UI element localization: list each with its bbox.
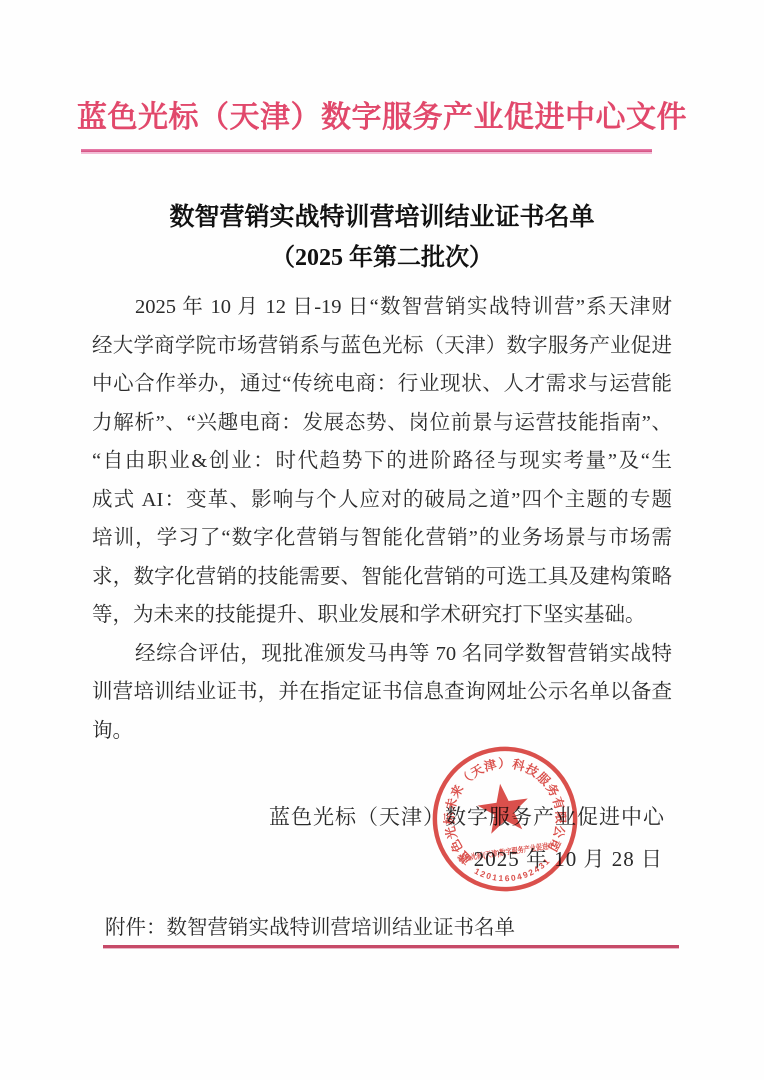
svg-text:1: 1 [498, 873, 504, 883]
body-line: 询。 [92, 712, 672, 751]
svg-text:津: 津 [482, 756, 499, 774]
body-line: 求，数字化营销的技能需要、智能化营销的可选工具及建构策略 [92, 558, 672, 597]
attachment-line: 附件：数智营销实战特训营培训结业证书名单 [105, 910, 515, 940]
svg-text:）: ） [498, 756, 511, 771]
svg-text:1: 1 [492, 872, 499, 883]
seal-star-icon [475, 780, 532, 835]
document-title: 数智营销实战特训营培训结业证书名单 [0, 197, 764, 233]
body-line: 中心合作举办，通过“传统电商：行业现状、人才需求与运营能 [92, 365, 672, 404]
body-line: “自由职业&创业：时代趋势下的进阶路径与现实考量”及“生 [92, 442, 672, 481]
svg-text:有: 有 [550, 795, 568, 812]
svg-text:6: 6 [505, 873, 510, 883]
document-body: 2025 年 10 月 12 日-19 日“数智营销实战特训营”系天津财经大学商… [92, 288, 672, 750]
body-line: 等，为未来的技能提升、职业发展和学术研究打下坚实基础。 [92, 596, 672, 635]
body-line: 力解析”、“兴趣电商：发展态势、岗位前景与运营技能指南”、 [92, 404, 672, 443]
official-seal: 蓝色光标未来（天津）科技服务有限公司 蓝色光标(天津)数字服务产业促进中心 12… [416, 730, 594, 908]
body-line: 成式 AI：变革、影响与个人应对的破局之道”四个主题的专题 [92, 481, 672, 520]
body-line: 经大学商学院市场营销系与蓝色光标（天津）数字服务产业促进 [92, 327, 672, 366]
letterhead-title: 蓝色光标（天津）数字服务产业促进中心文件 [0, 92, 764, 136]
svg-text:限: 限 [553, 811, 567, 824]
footer-divider [103, 945, 679, 949]
body-line: 2025 年 10 月 12 日-19 日“数智营销实战特训营”系天津财 [92, 288, 672, 327]
document-subtitle: （2025 年第二批次） [0, 237, 764, 272]
svg-text:标: 标 [442, 812, 457, 826]
seal-number-arc: 1201160492431 [472, 855, 554, 888]
body-line: 训营培训结业证书，并在指定证书信息查询网址公示名单以备查 [92, 673, 672, 712]
body-line: 培训，学习了“数字化营销与智能化营销”的业务场景与市场需 [92, 519, 672, 558]
letterhead-divider [81, 149, 652, 154]
body-line: 经综合评估，现批准颁发马冉等 70 名同学数智营销实战特 [92, 635, 672, 674]
document-page: 蓝色光标（天津）数字服务产业促进中心文件 数智营销实战特训营培训结业证书名单 （… [0, 0, 764, 1080]
svg-text:光: 光 [442, 824, 460, 840]
